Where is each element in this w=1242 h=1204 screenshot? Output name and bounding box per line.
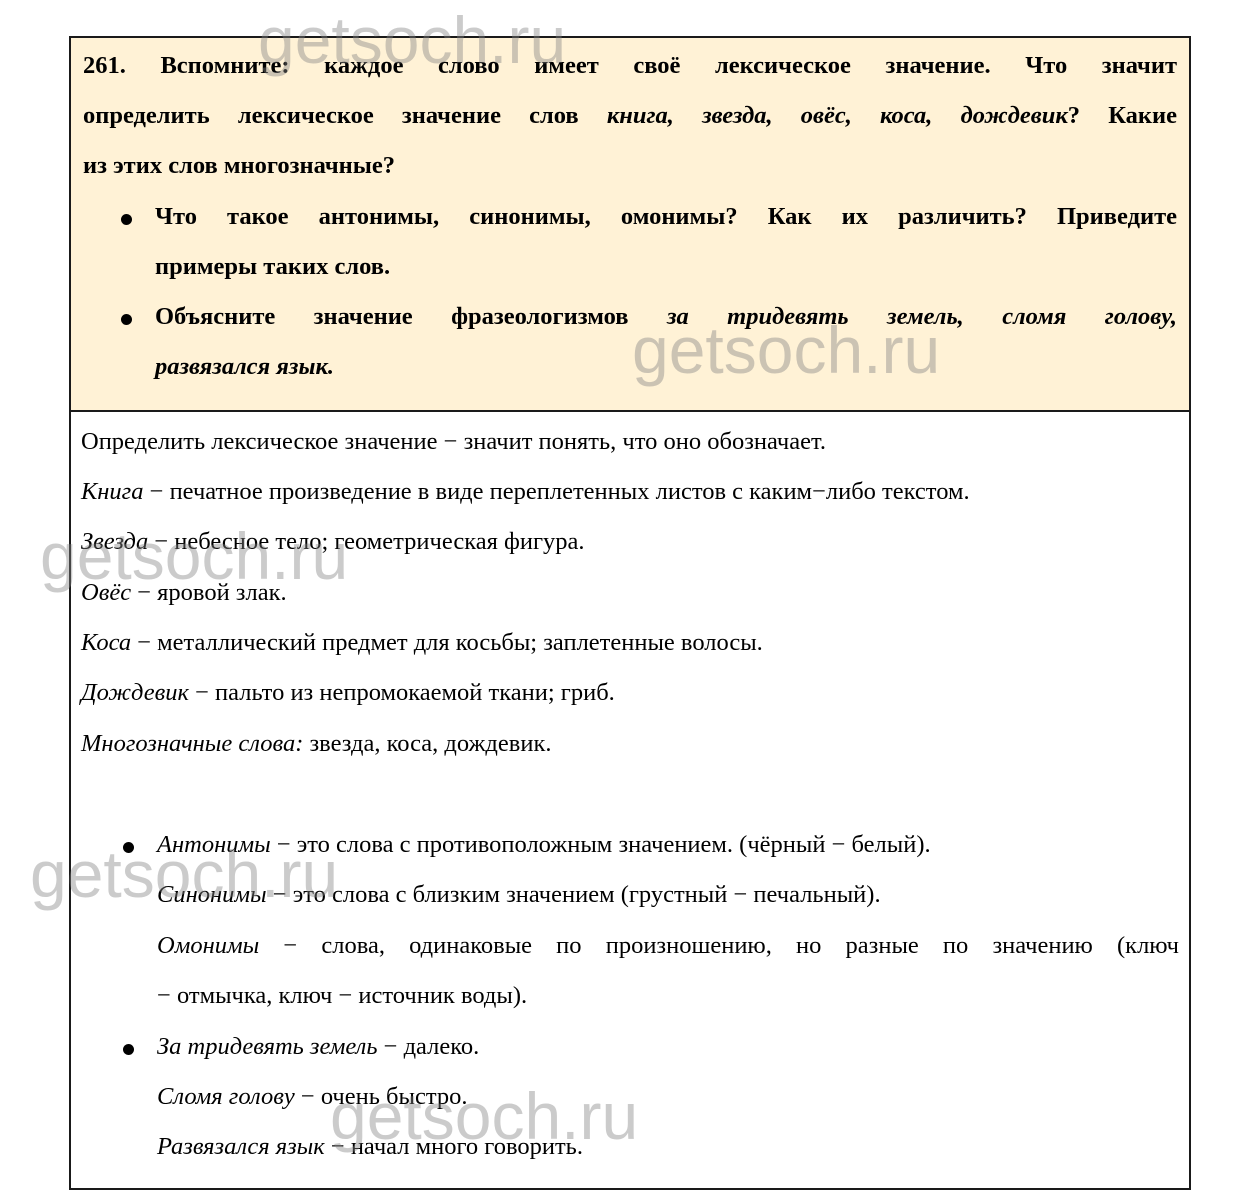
idiom-entry: За тридевять земель − далеко.	[157, 1033, 1179, 1061]
semantic-entry-continued: − отмычка, ключ − источник воды).	[157, 982, 1179, 1010]
word-entry: Овёс − яровой злак.	[81, 579, 1179, 607]
semantic-entry: Антонимы − это слова с противоположным з…	[157, 831, 1179, 859]
bullet-icon	[121, 214, 132, 225]
task-bullet-1-line-2: примеры таких слов.	[155, 253, 1177, 281]
task-bullet-2-line-2: развязался язык.	[155, 353, 1177, 381]
semantic-entry: Омонимы − слова, одинаковые по произноше…	[157, 932, 1179, 960]
task-bullet-1-line-1: Что такое антонимы, синонимы, омонимы? К…	[155, 203, 1177, 231]
bullet-icon	[123, 842, 134, 853]
task-words: книга, звезда, овёс, коса, дождевик	[607, 102, 1068, 129]
exercise-card: 261. Вспомните: каждое слово имеет своё …	[69, 36, 1191, 1190]
semantic-entry: Синонимы − это слова с близким значением…	[157, 881, 1179, 909]
task-line-2: определить лексическое значение слов кни…	[83, 102, 1177, 130]
polysemous-summary: Многозначные слова: звезда, коса, дождев…	[81, 730, 1179, 758]
bullet-icon	[121, 314, 132, 325]
word-entry: Коса − металлический предмет для косьбы;…	[81, 629, 1179, 657]
task-line-3: из этих слов многозначные?	[83, 152, 1177, 180]
task-panel: 261. Вспомните: каждое слово имеет своё …	[71, 38, 1189, 412]
answer-definition: Определить лексическое значение − значит…	[81, 428, 1179, 456]
idiom-entry: Сломя голову − очень быстро.	[157, 1083, 1179, 1111]
task-number: 261.	[83, 52, 126, 79]
task-bullet-2-line-1: Объясните значение фразеологизмов за три…	[155, 303, 1177, 331]
bullet-icon	[123, 1044, 134, 1055]
idiom-entry: Развязался язык − начал много говорить.	[157, 1133, 1179, 1161]
word-entry: Звезда − небесное тело; геометрическая ф…	[81, 528, 1179, 556]
task-line-1: 261. Вспомните: каждое слово имеет своё …	[83, 52, 1177, 80]
word-entry: Дождевик − пальто из непромокаемой ткани…	[81, 679, 1179, 707]
word-entry: Книга − печатное произведение в виде пер…	[81, 478, 1179, 506]
